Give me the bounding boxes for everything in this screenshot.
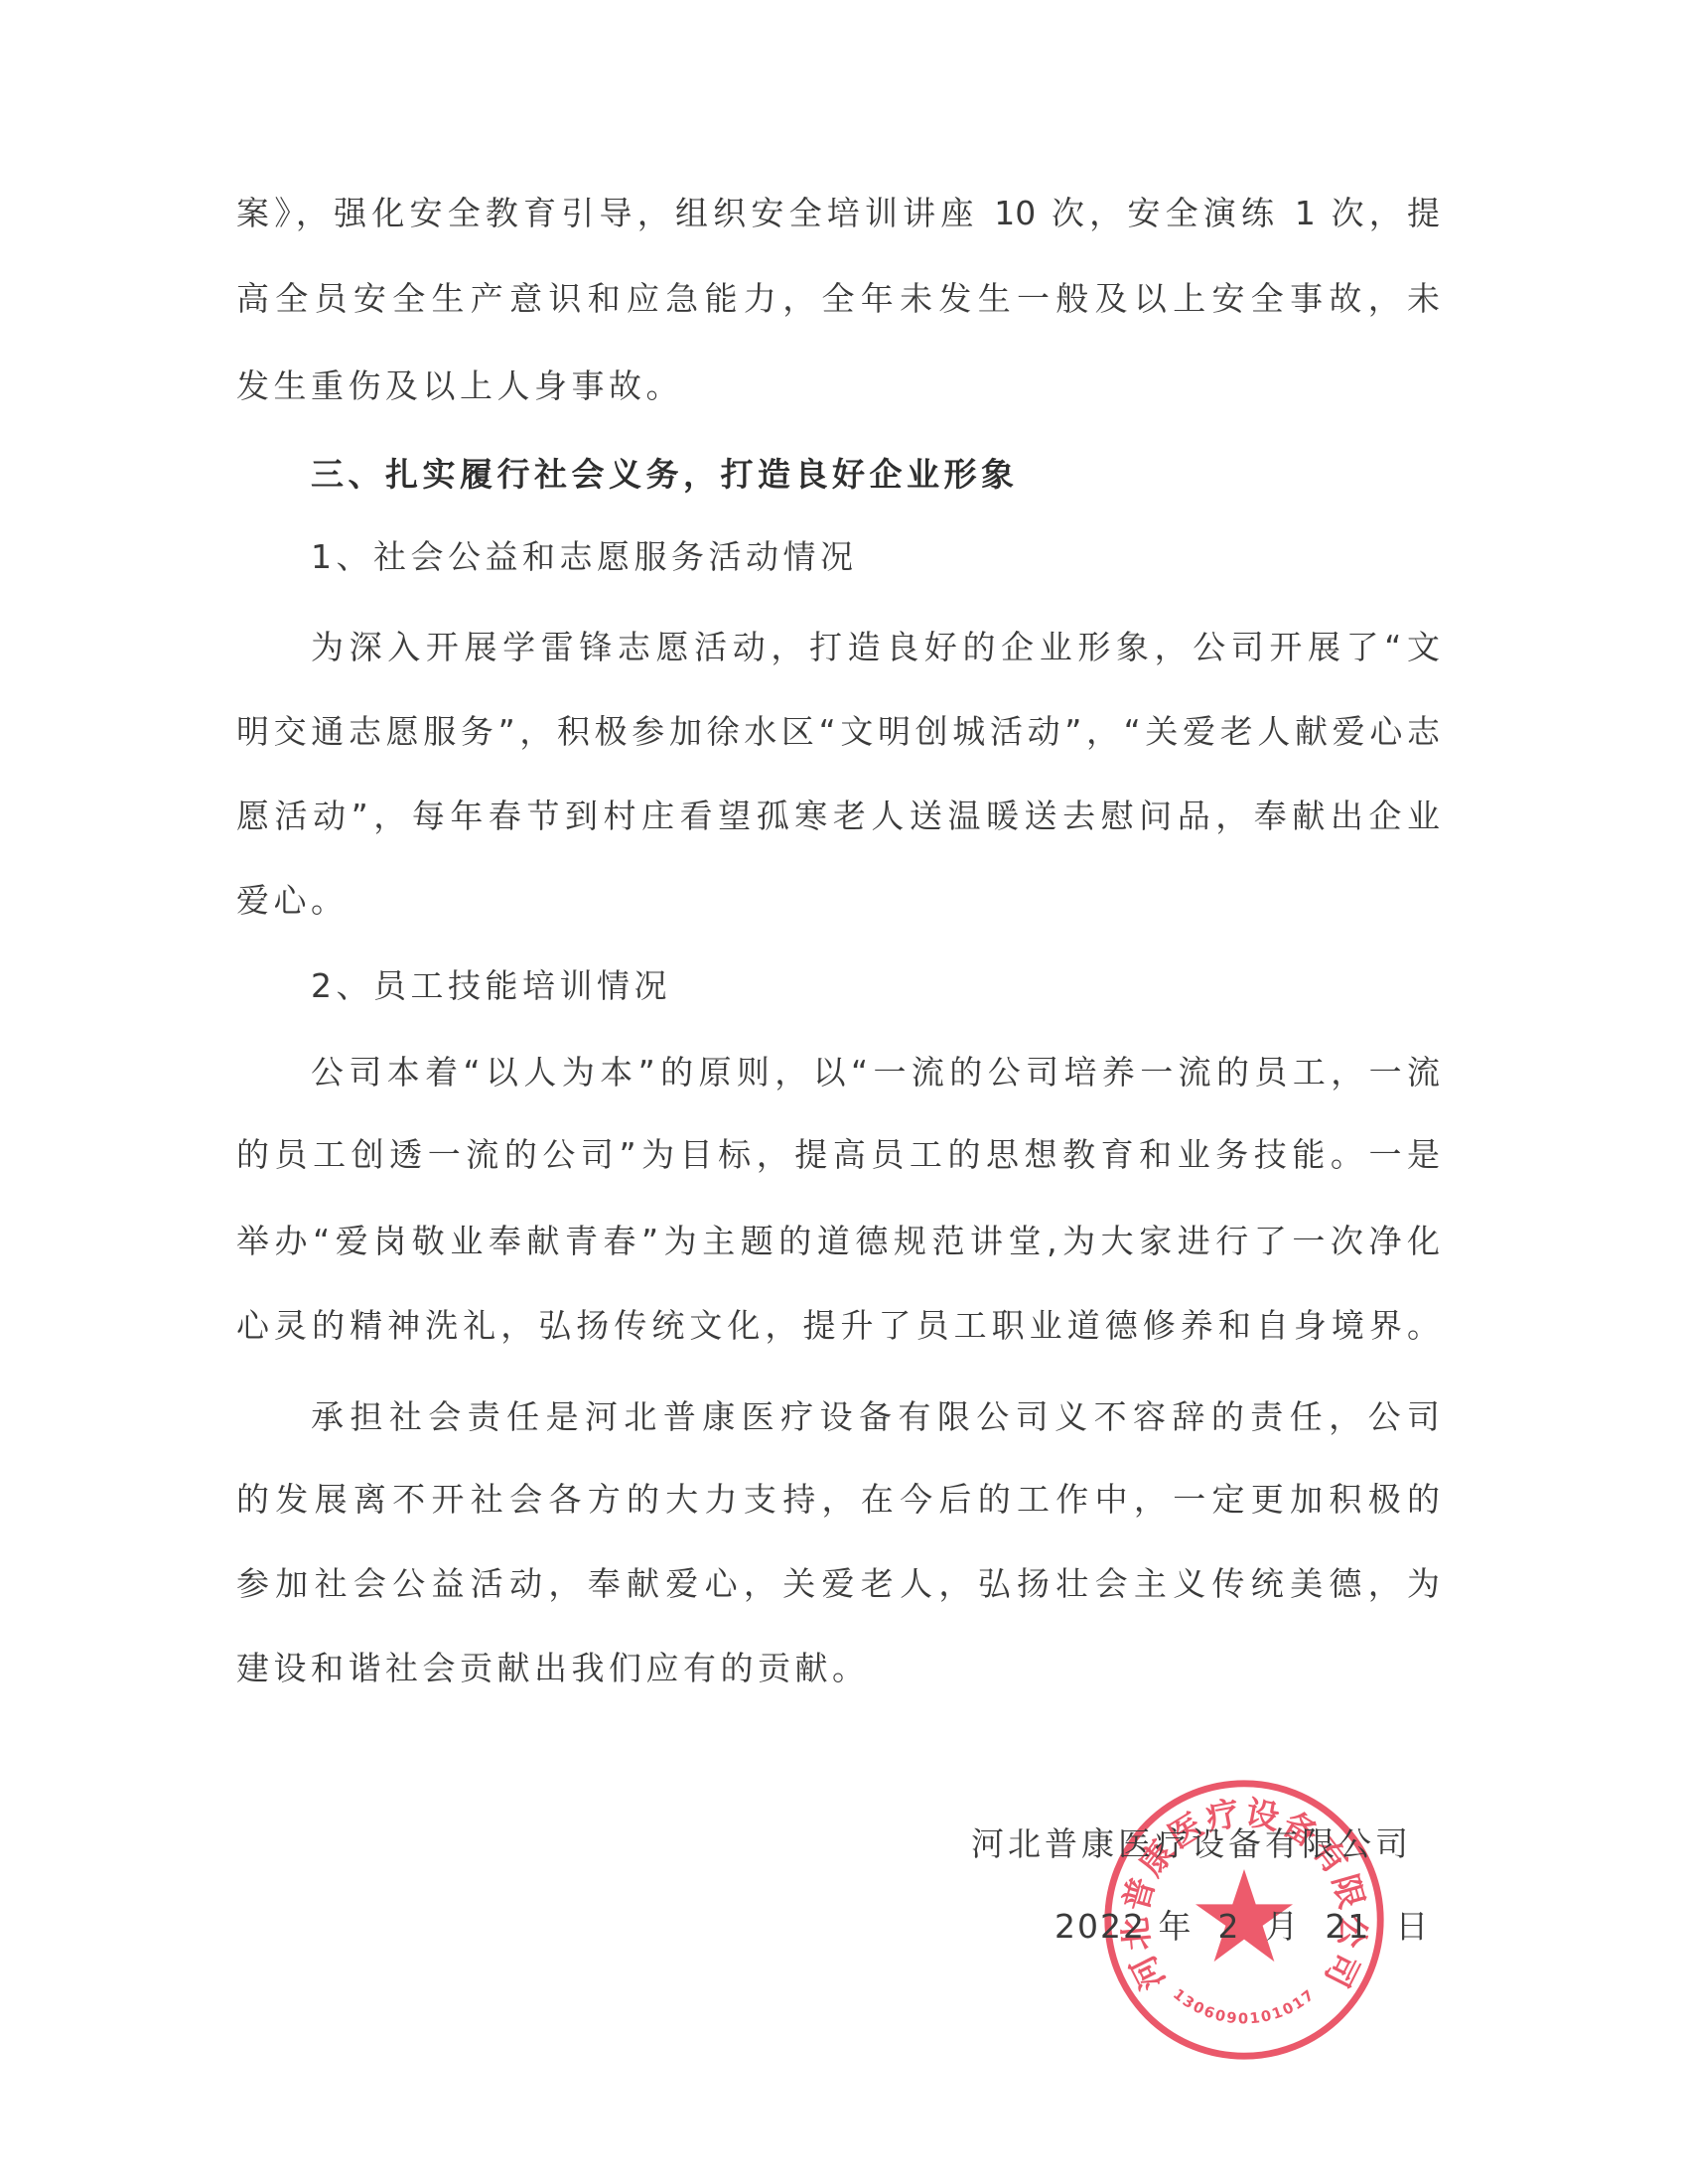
body-line: 的发展离不开社会各方的大力支持，在今后的工作中，一定更加积极的	[236, 1475, 1440, 1525]
document-page: 案》，强化安全教育引导，组织安全培训讲座 10 次，安全演练 1 次，提 高全员…	[0, 0, 1688, 2184]
body-line: 公司本着“以人为本”的原则，以“一流的公司培养一流的员工，一流	[311, 1048, 1440, 1097]
subsection-heading: 1、社会公益和志愿服务活动情况	[311, 532, 1440, 582]
body-line: 发生重伤及以上人身事故。	[236, 362, 1440, 411]
body-line: 愿活动”，每年春节到村庄看望孤寒老人送温暖送去慰问品，奉献出企业	[236, 792, 1440, 841]
body-line: 建设和谐社会贡献出我们应有的贡献。	[236, 1644, 1440, 1693]
body-line: 爱心。	[236, 876, 1440, 926]
body-line: 承担社会责任是河北普康医疗设备有限公司义不容辞的责任，公司	[311, 1392, 1440, 1442]
body-line: 参加社会公益活动，奉献爱心，关爱老人，弘扬壮会主义传统美德，为	[236, 1559, 1440, 1609]
body-line: 案》，强化安全教育引导，组织安全培训讲座 10 次，安全演练 1 次，提	[236, 189, 1440, 238]
subsection-heading: 2、员工技能培训情况	[311, 961, 1440, 1011]
body-line: 为深入开展学雷锋志愿活动，打造良好的企业形象，公司开展了“文	[311, 623, 1440, 672]
body-line: 心灵的精神洗礼，弘扬传统文化，提升了员工职业道德修养和自身境界。	[236, 1301, 1440, 1351]
body-line: 明交通志愿服务”，积极参加徐水区“文明创城活动”，“关爱老人献爱心志	[236, 707, 1440, 757]
body-line: 高全员安全生产意识和应急能力，全年未发生一般及以上安全事故，未	[236, 274, 1440, 324]
body-line: 的员工创透一流的公司”为目标，提高员工的思想教育和业务技能。一是	[236, 1130, 1440, 1180]
signature-date: 2022 年 2 月 21 日	[1055, 1902, 1430, 1952]
signature-company: 河北普康医疗设备有限公司	[971, 1820, 1412, 1869]
section-heading: 三、扎实履行社会义务，打造良好企业形象	[311, 450, 1440, 500]
svg-text:1306090101017: 1306090101017	[1170, 1985, 1319, 2027]
body-line: 举办“爱岗敬业奉献青春”为主题的道德规范讲堂,为大家进行了一次净化	[236, 1217, 1440, 1266]
